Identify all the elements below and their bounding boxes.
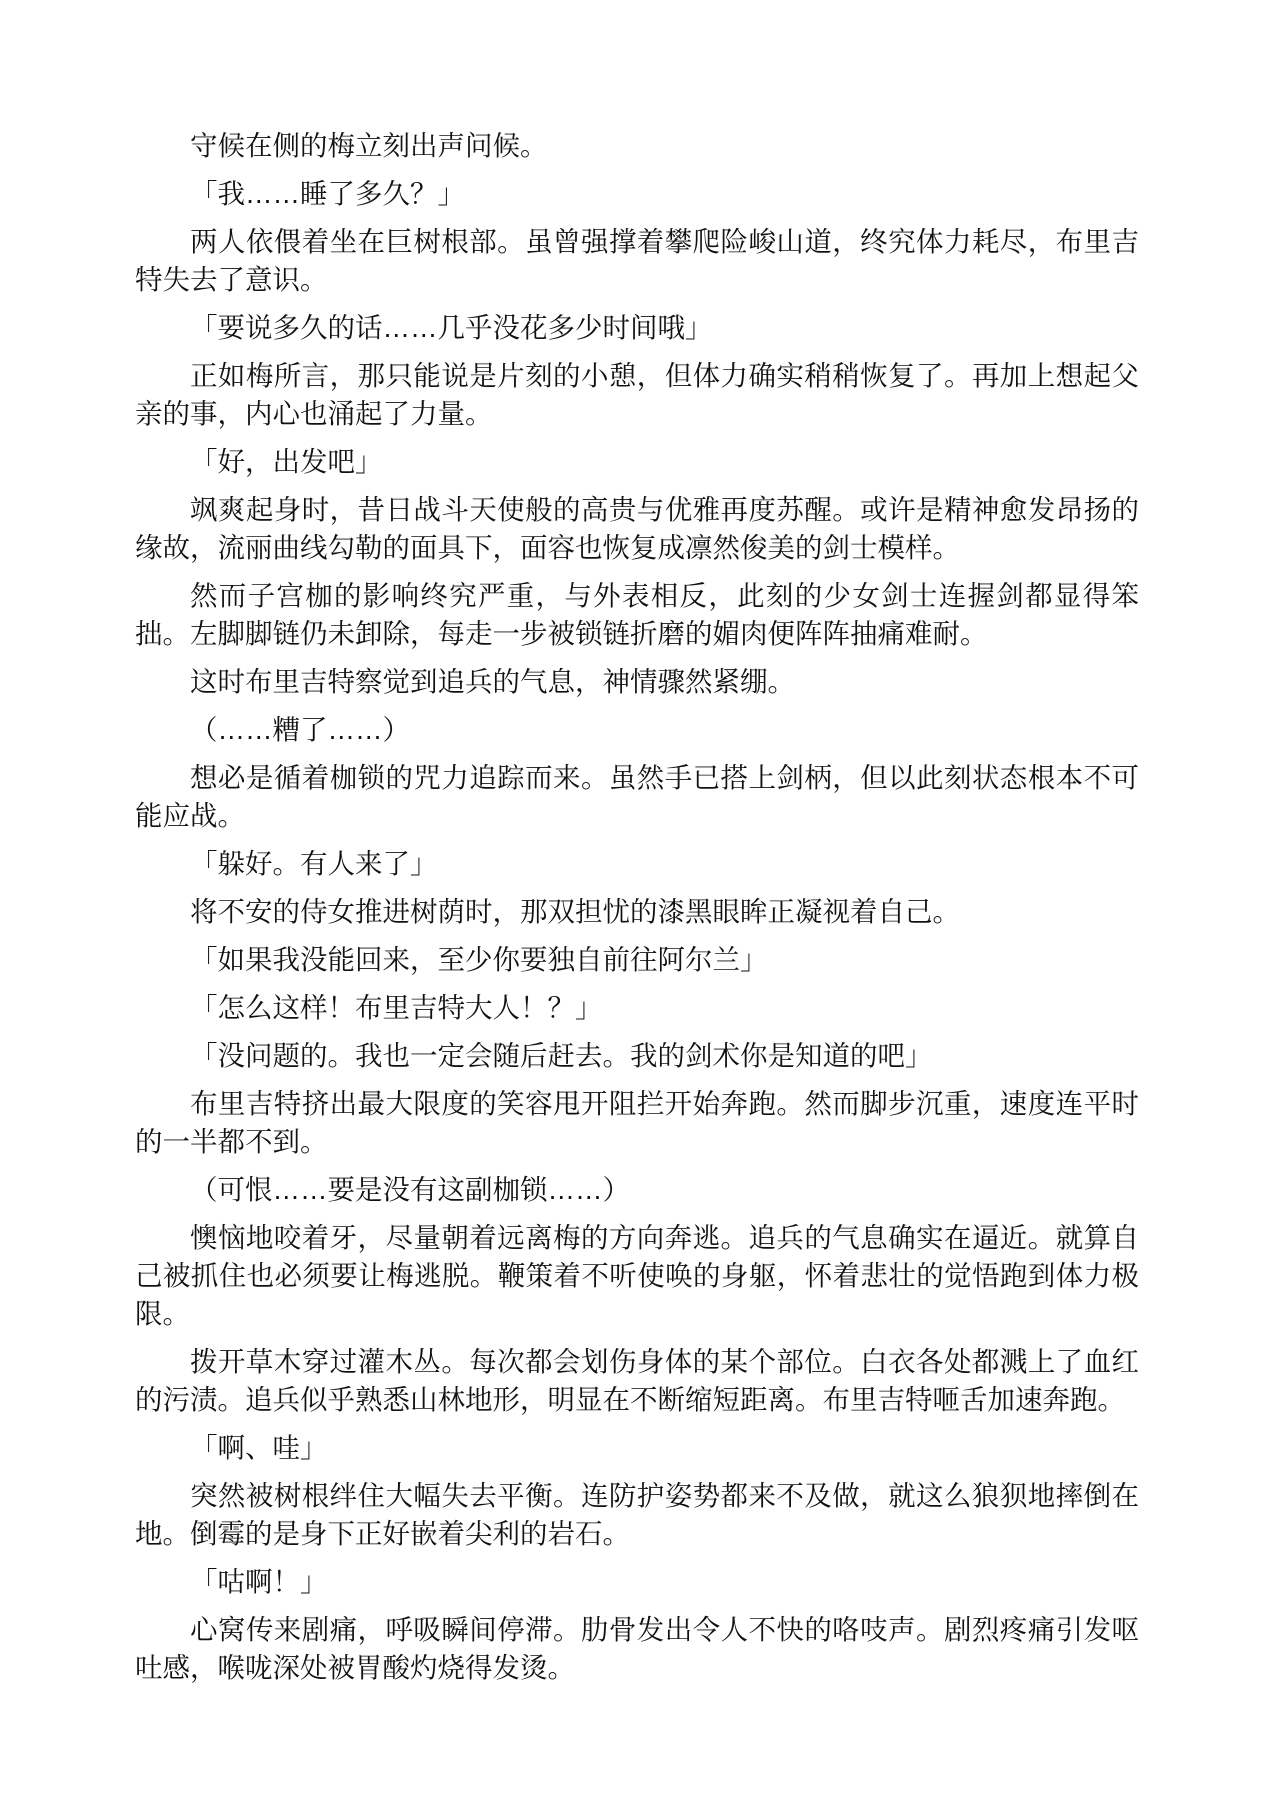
paragraph: 「咕啊！」 — [135, 1563, 1139, 1601]
paragraph: 「没问题的。我也一定会随后赶去。我的剑术你是知道的吧」 — [135, 1037, 1139, 1075]
paragraph: 「怎么这样！布里吉特大人！？」 — [135, 989, 1139, 1027]
paragraph: （……糟了……） — [135, 711, 1139, 749]
paragraph: 两人依偎着坐在巨树根部。虽曾强撑着攀爬险峻山道，终究体力耗尽，布里吉特失去了意识… — [135, 223, 1139, 299]
paragraph: 这时布里吉特察觉到追兵的气息，神情骤然紧绷。 — [135, 663, 1139, 701]
document-page: 守候在侧的梅立刻出声问候。「我……睡了多久？」两人依偎着坐在巨树根部。虽曾强撑着… — [0, 0, 1280, 1808]
paragraph: 「啊、哇」 — [135, 1429, 1139, 1467]
paragraph: 守候在侧的梅立刻出声问候。 — [135, 127, 1139, 165]
paragraph: 「躲好。有人来了」 — [135, 845, 1139, 883]
paragraph: 「我……睡了多久？」 — [135, 175, 1139, 213]
paragraph: 拨开草木穿过灌木丛。每次都会划伤身体的某个部位。白衣各处都溅上了血红的污渍。追兵… — [135, 1343, 1139, 1419]
paragraph: 「要说多久的话……几乎没花多少时间哦」 — [135, 309, 1139, 347]
paragraph: 想必是循着枷锁的咒力追踪而来。虽然手已搭上剑柄，但以此刻状态根本不可能应战。 — [135, 759, 1139, 835]
paragraph: 「如果我没能回来，至少你要独自前往阿尔兰」 — [135, 941, 1139, 979]
paragraph: 布里吉特挤出最大限度的笑容甩开阻拦开始奔跑。然而脚步沉重，速度连平时的一半都不到… — [135, 1085, 1139, 1161]
paragraph: 将不安的侍女推进树荫时，那双担忧的漆黑眼眸正凝视着自己。 — [135, 893, 1139, 931]
paragraph: 正如梅所言，那只能说是片刻的小憩，但体力确实稍稍恢复了。再加上想起父亲的事，内心… — [135, 357, 1139, 433]
paragraph: （可恨……要是没有这副枷锁……） — [135, 1171, 1139, 1209]
paragraph: 飒爽起身时，昔日战斗天使般的高贵与优雅再度苏醒。或许是精神愈发昂扬的缘故，流丽曲… — [135, 491, 1139, 567]
paragraph: 然而子宫枷的影响终究严重，与外表相反，此刻的少女剑士连握剑都显得笨拙。左脚脚链仍… — [135, 577, 1139, 653]
paragraph: 心窝传来剧痛，呼吸瞬间停滞。肋骨发出令人不快的咯吱声。剧烈疼痛引发呕吐感，喉咙深… — [135, 1611, 1139, 1687]
paragraph: 懊恼地咬着牙，尽量朝着远离梅的方向奔逃。追兵的气息确实在逼近。就算自己被抓住也必… — [135, 1219, 1139, 1333]
page-body: 守候在侧的梅立刻出声问候。「我……睡了多久？」两人依偎着坐在巨树根部。虽曾强撑着… — [135, 127, 1139, 1687]
paragraph: 突然被树根绊住大幅失去平衡。连防护姿势都来不及做，就这么狼狈地摔倒在地。倒霉的是… — [135, 1477, 1139, 1553]
paragraph: 「好，出发吧」 — [135, 443, 1139, 481]
